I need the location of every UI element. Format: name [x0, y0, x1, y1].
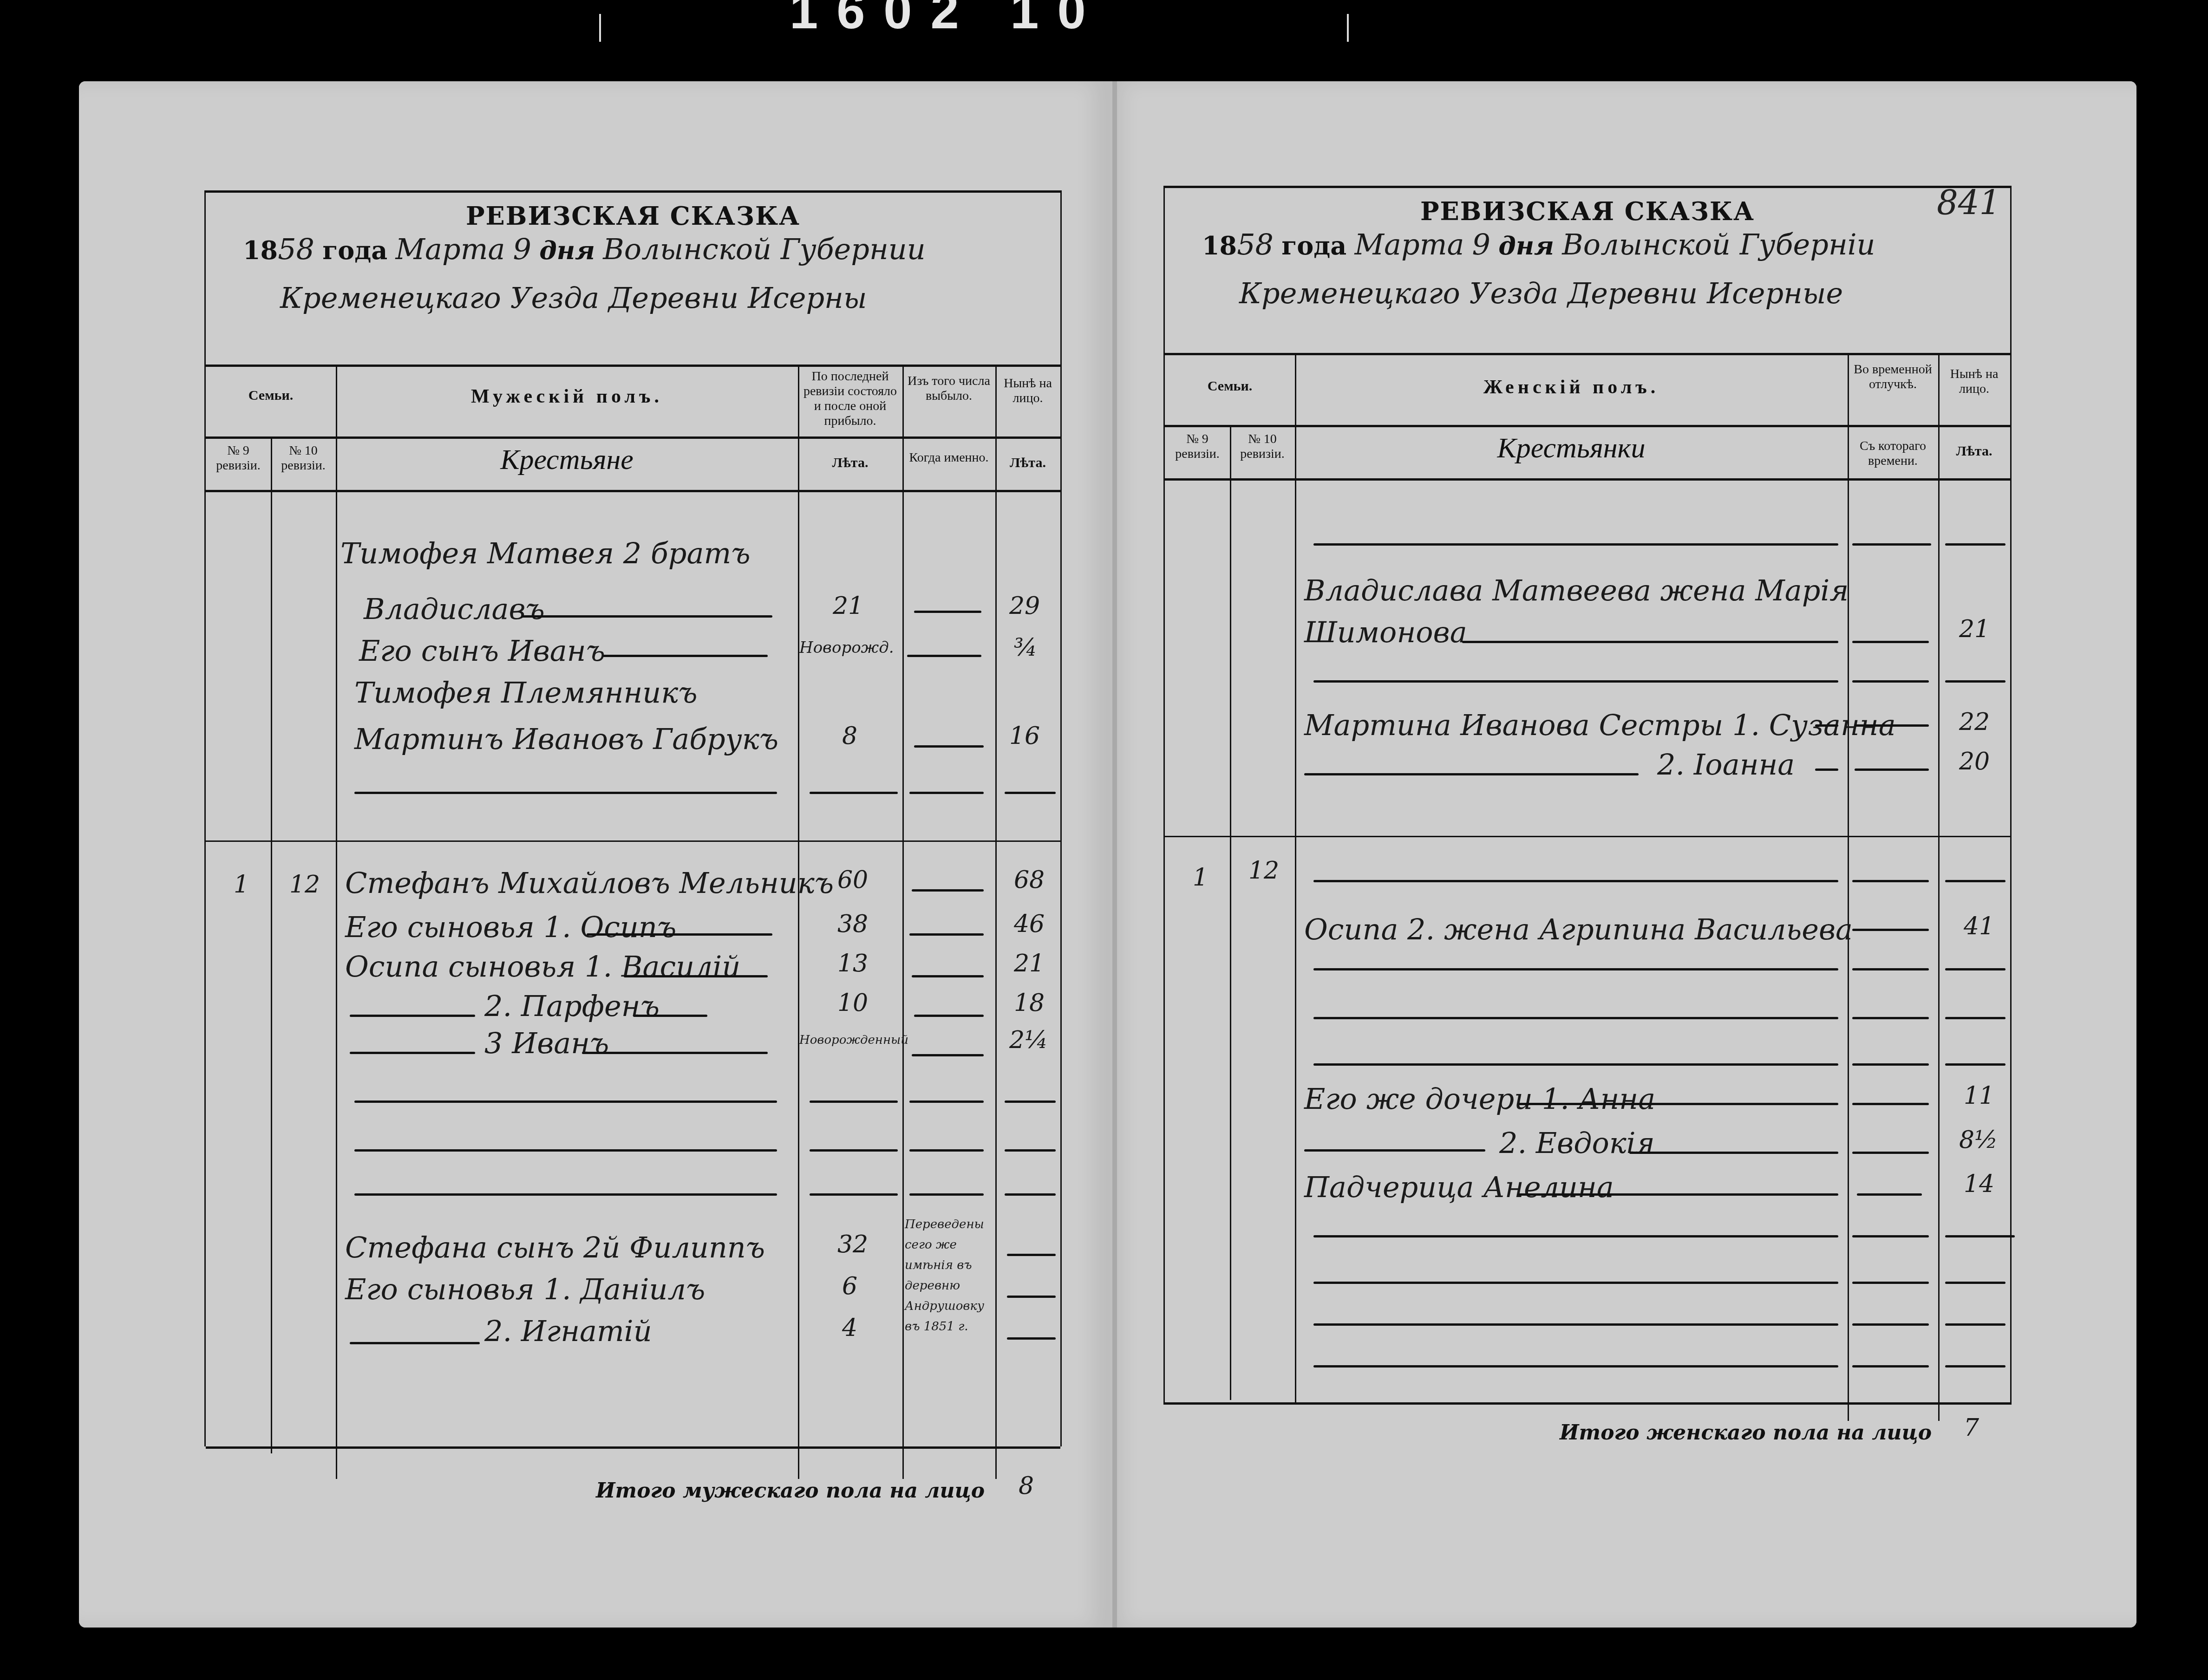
dash-filler: [350, 1052, 475, 1054]
dash-left: [914, 611, 981, 613]
blank-line: [1945, 680, 2005, 683]
dash-filler: [633, 1015, 707, 1017]
header-female-sex: Женскій полъ.: [1295, 376, 1848, 398]
blank-line: [810, 1193, 898, 1196]
entry-name: 2. Евдокія: [1499, 1126, 1655, 1160]
dash-now: [1945, 880, 2005, 882]
header-estate-peasant-women: Крестьянки: [1295, 432, 1848, 465]
no-9-revision: 1: [234, 871, 249, 899]
dash-absent: [1852, 880, 1929, 882]
entry-name: Шимонова: [1304, 615, 1467, 649]
blank-line: [1313, 968, 1838, 970]
dash-left: [914, 745, 984, 748]
blank-line: [909, 1149, 984, 1152]
dash-filler: [1629, 1152, 1838, 1154]
age-last-revision: 60: [837, 866, 868, 894]
blank-line: [1852, 1282, 1929, 1284]
male-total-value: 8: [1019, 1472, 1034, 1500]
age-now: 2¼: [1009, 1026, 1048, 1054]
entry-name: Владислава Матвеева жена Марія: [1304, 573, 1849, 607]
dash-filler: [582, 1052, 768, 1054]
age-now: 14: [1964, 1170, 1994, 1198]
age-now: 41: [1964, 912, 1994, 940]
dash-filler: [350, 1342, 480, 1344]
age-now: 46: [1014, 910, 1045, 938]
age-last-revision: 13: [837, 950, 868, 977]
age-last-revision: 21: [833, 592, 863, 620]
entry-name: Мартина Иванова Сестры 1. Сузанна: [1304, 708, 1896, 742]
transfer-note: Переведены сего же имѣнія въ деревню Анд…: [905, 1214, 993, 1337]
blank-line: [1313, 1323, 1838, 1326]
year-suffix: 58: [1237, 228, 1274, 261]
age-last-revision: Новорожд.: [799, 638, 894, 657]
header-rule: [1165, 353, 2010, 355]
entry-name: Его сыновья 1. Даніилъ: [345, 1272, 705, 1306]
column-divider: [1230, 425, 1231, 1400]
dash-left: [907, 655, 981, 657]
dash-filler: [1462, 641, 1838, 643]
header-families: Семьи.: [206, 388, 336, 404]
column-divider: [902, 365, 904, 1479]
dash-absent: [1852, 641, 1929, 643]
column-divider: [1938, 353, 1940, 1421]
age-last-revision: Новорожденный: [799, 1033, 908, 1047]
family-rule: [206, 840, 1060, 842]
entry-name: Осипа 2. жена Агрипина Васильева: [1304, 912, 1853, 946]
day-label: дня: [539, 235, 595, 265]
day: 9: [1472, 228, 1490, 261]
blank-line: [1852, 1017, 1929, 1019]
age-now: 21: [1014, 950, 1045, 977]
column-divider: [798, 365, 799, 1479]
province: Волынской Губернии: [603, 232, 925, 266]
blank-line: [1945, 1063, 2005, 1066]
blank-line: [1313, 1235, 1838, 1237]
dash-left: [912, 1054, 984, 1056]
family-rule: [1165, 836, 2010, 837]
date-line: 1858 года Марта 9 дня Волынской Губернии: [243, 232, 926, 266]
header-now-present: Нынѣ на лицо.: [1940, 367, 2008, 397]
entry-name: Его сыновья 1. Осипъ: [345, 910, 676, 944]
dash-now: [1007, 1254, 1056, 1256]
section-divider: [909, 792, 984, 794]
entry-name: Тимофея Матвея 2 братъ: [340, 536, 751, 570]
district-village: Кременецкаго Уезда Деревни Исерные: [1239, 276, 1843, 310]
blank-line: [1945, 1323, 2005, 1326]
dash-filler: [1518, 1193, 1838, 1196]
blank-line: [1852, 1323, 1929, 1326]
header-no-9-revision: № 9 ревизіи.: [1165, 432, 1230, 462]
day: 9: [513, 232, 531, 266]
dash-filler: [350, 1015, 475, 1017]
header-by-last-revision: По последней ревизіи состояло и после он…: [800, 369, 900, 429]
dash-filler: [624, 975, 768, 977]
dash-left: [912, 975, 984, 977]
age-now: 20: [1959, 748, 1990, 775]
header-when-exactly: Когда именно.: [905, 450, 993, 465]
blank-line: [1945, 1017, 2005, 1019]
dash-now: [1007, 1296, 1056, 1298]
blank-line: [1852, 1063, 1929, 1066]
blank-line: [1852, 1365, 1929, 1367]
province: Волынской Губерніи: [1562, 228, 1875, 261]
dash-absent: [1852, 929, 1929, 931]
year-prefix: 18: [243, 235, 278, 265]
header-years: Лѣта.: [1940, 443, 2008, 459]
age-now: 8½: [1959, 1126, 1998, 1154]
age-last-revision: 38: [837, 910, 868, 938]
blank-line: [1313, 1017, 1838, 1019]
blank-line: [1945, 543, 2005, 546]
dash-absent: [1852, 1103, 1929, 1105]
dash-filler: [522, 615, 772, 618]
day-label: дня: [1498, 231, 1554, 260]
header-temp-absence: Во временной отлучкѣ.: [1850, 362, 1936, 392]
age-last-revision: 10: [837, 989, 868, 1017]
section-divider: [810, 792, 898, 794]
blank-line: [1313, 1365, 1838, 1367]
dash-filler: [1518, 1103, 1838, 1105]
blank-line: [1852, 543, 1931, 546]
age-last-revision: 8: [842, 722, 857, 750]
no-9-revision: 1: [1193, 864, 1208, 892]
entry-name: Стефанъ Михайловъ Мельникъ: [345, 866, 834, 900]
header-since-when: Съ котораго времени.: [1850, 439, 1936, 469]
dash-absent: [1855, 724, 1929, 727]
blank-line: [1313, 1282, 1838, 1284]
age-now: 21: [1959, 615, 1990, 643]
dash-left: [912, 889, 984, 892]
entry-name: 2. Іоанна: [1657, 748, 1795, 781]
blank-line: [1945, 968, 2005, 970]
dash-absent: [1857, 1193, 1922, 1196]
age-now: 18: [1014, 989, 1045, 1017]
blank-line: [354, 1149, 777, 1152]
archive-stamp: 1602 10: [790, 0, 1104, 40]
age-now: 29: [1009, 592, 1040, 620]
header-families: Семьи.: [1165, 378, 1295, 394]
column-divider: [1295, 353, 1296, 1402]
header-of-which-left: Изъ того числа выбыло.: [905, 374, 993, 404]
male-total-label: Итого мужескаго пола на лицо: [596, 1479, 985, 1503]
frame-tick: [599, 14, 601, 42]
year-label: года: [322, 235, 387, 265]
blank-line: [1945, 1235, 2015, 1237]
blank-line: [1005, 1100, 1056, 1103]
blank-line: [354, 1193, 777, 1196]
no-10-revision: 12: [1248, 857, 1279, 885]
blank-line: [1945, 1282, 2005, 1284]
age-now: 11: [1964, 1082, 1994, 1110]
blank-line: [1313, 1063, 1838, 1066]
blank-line: [1313, 880, 1838, 882]
dash-left: [909, 933, 984, 936]
male-revision-form: РЕВИЗСКАЯ СКАЗКА 1858 года Марта 9 дня В…: [204, 190, 1062, 1446]
form-title: РЕВИЗСКАЯ СКАЗКА: [206, 201, 1060, 231]
dash-left: [914, 1015, 984, 1017]
no-10-revision: 12: [289, 871, 320, 899]
header-years: Лѣта.: [800, 455, 900, 471]
district-village: Кременецкаго Уезда Деревни Исерны: [280, 281, 867, 315]
year-label: года: [1281, 231, 1346, 260]
age-now: 68: [1014, 866, 1045, 894]
entry-name: Осипа сыновья 1. Василій: [345, 950, 740, 983]
entry-name: Мартинъ Ивановъ Габрукъ: [354, 722, 778, 756]
age-last-revision: 6: [842, 1272, 857, 1300]
footer-rule: [206, 1446, 1060, 1449]
header-rule: [206, 365, 1060, 367]
header-now-present: Нынѣ на лицо.: [998, 376, 1058, 406]
month: Марта: [1355, 228, 1464, 261]
blank-line: [810, 1149, 898, 1152]
header-rule: [1165, 425, 2010, 427]
dash-filler: [587, 933, 772, 936]
month: Марта: [396, 232, 505, 266]
header-rule: [206, 436, 1060, 439]
age-last-revision: 4: [842, 1314, 857, 1342]
year-suffix: 58: [278, 232, 314, 266]
age-now: 22: [1959, 708, 1990, 736]
entry-name: 2. Игнатій: [484, 1314, 652, 1348]
header-no-10-revision: № 10 ревизіи.: [1230, 432, 1295, 462]
blank-line: [354, 1100, 777, 1103]
dash-filler: [603, 655, 768, 657]
column-divider: [1848, 353, 1849, 1421]
blank-line: [1852, 680, 1929, 683]
female-revision-form: РЕВИЗСКАЯ СКАЗКА 1858 года Марта 9 дня В…: [1163, 186, 2012, 1405]
header-male-sex: Мужескій полъ.: [336, 385, 798, 408]
book-spine: [1112, 81, 1117, 1628]
header-rule: [206, 490, 1060, 492]
entry-name: Владиславъ: [364, 592, 545, 626]
date-line: 1858 года Марта 9 дня Волынской Губерніи: [1202, 228, 1875, 261]
column-divider: [995, 365, 997, 1479]
blank-line: [909, 1193, 984, 1196]
blank-line: [1005, 1193, 1056, 1196]
footer-rule: [1165, 1402, 2010, 1405]
section-divider: [354, 792, 777, 794]
dash-filler: [1304, 773, 1639, 775]
female-total-label: Итого женскаго пола на лицо: [1560, 1421, 1932, 1445]
blank-line: [1852, 1235, 1929, 1237]
entry-name: Его же дочери 1. Анна: [1304, 1082, 1655, 1116]
entry-name: Тимофея Племянникъ: [354, 676, 698, 710]
dash-now: [1007, 1337, 1056, 1340]
blank-line: [909, 1100, 984, 1103]
year-prefix: 18: [1202, 231, 1237, 260]
entry-name: Падчерица Анелина: [1304, 1170, 1614, 1204]
frame-tick: [1347, 14, 1349, 42]
age-now: ¾: [1014, 634, 1037, 662]
female-total-value: 7: [1964, 1414, 1979, 1442]
header-years-now: Лѣта.: [998, 455, 1058, 471]
blank-line: [1313, 543, 1838, 546]
column-divider: [336, 365, 337, 1479]
header-estate-peasants: Крестьяне: [336, 443, 798, 476]
entry-name: 3 Иванъ: [484, 1026, 609, 1060]
header-no-10-revision: № 10 ревизіи.: [271, 443, 336, 473]
age-last-revision: 32: [837, 1231, 868, 1258]
dash-filler: [1815, 768, 1838, 771]
entry-name: Стефана сынъ 2й Филиппъ: [345, 1231, 765, 1264]
entry-name: 2. Парфенъ: [484, 989, 660, 1023]
blank-line: [1313, 680, 1838, 683]
header-rule: [1165, 478, 2010, 481]
column-divider: [271, 436, 272, 1453]
form-title: РЕВИЗСКАЯ СКАЗКА: [1165, 196, 2010, 226]
dash-absent: [1852, 1152, 1929, 1154]
blank-line: [1005, 1149, 1056, 1152]
header-no-9-revision: № 9 ревизіи.: [206, 443, 271, 473]
age-now: 16: [1009, 722, 1040, 750]
entry-name: Его сынъ Иванъ: [359, 634, 605, 668]
blank-line: [1852, 968, 1929, 970]
blank-line: [1945, 1365, 2005, 1367]
dash-absent: [1855, 768, 1929, 771]
section-divider: [1005, 792, 1056, 794]
dash-filler: [1304, 1149, 1485, 1152]
blank-line: [810, 1100, 898, 1103]
dash-filler: [1815, 724, 1838, 727]
